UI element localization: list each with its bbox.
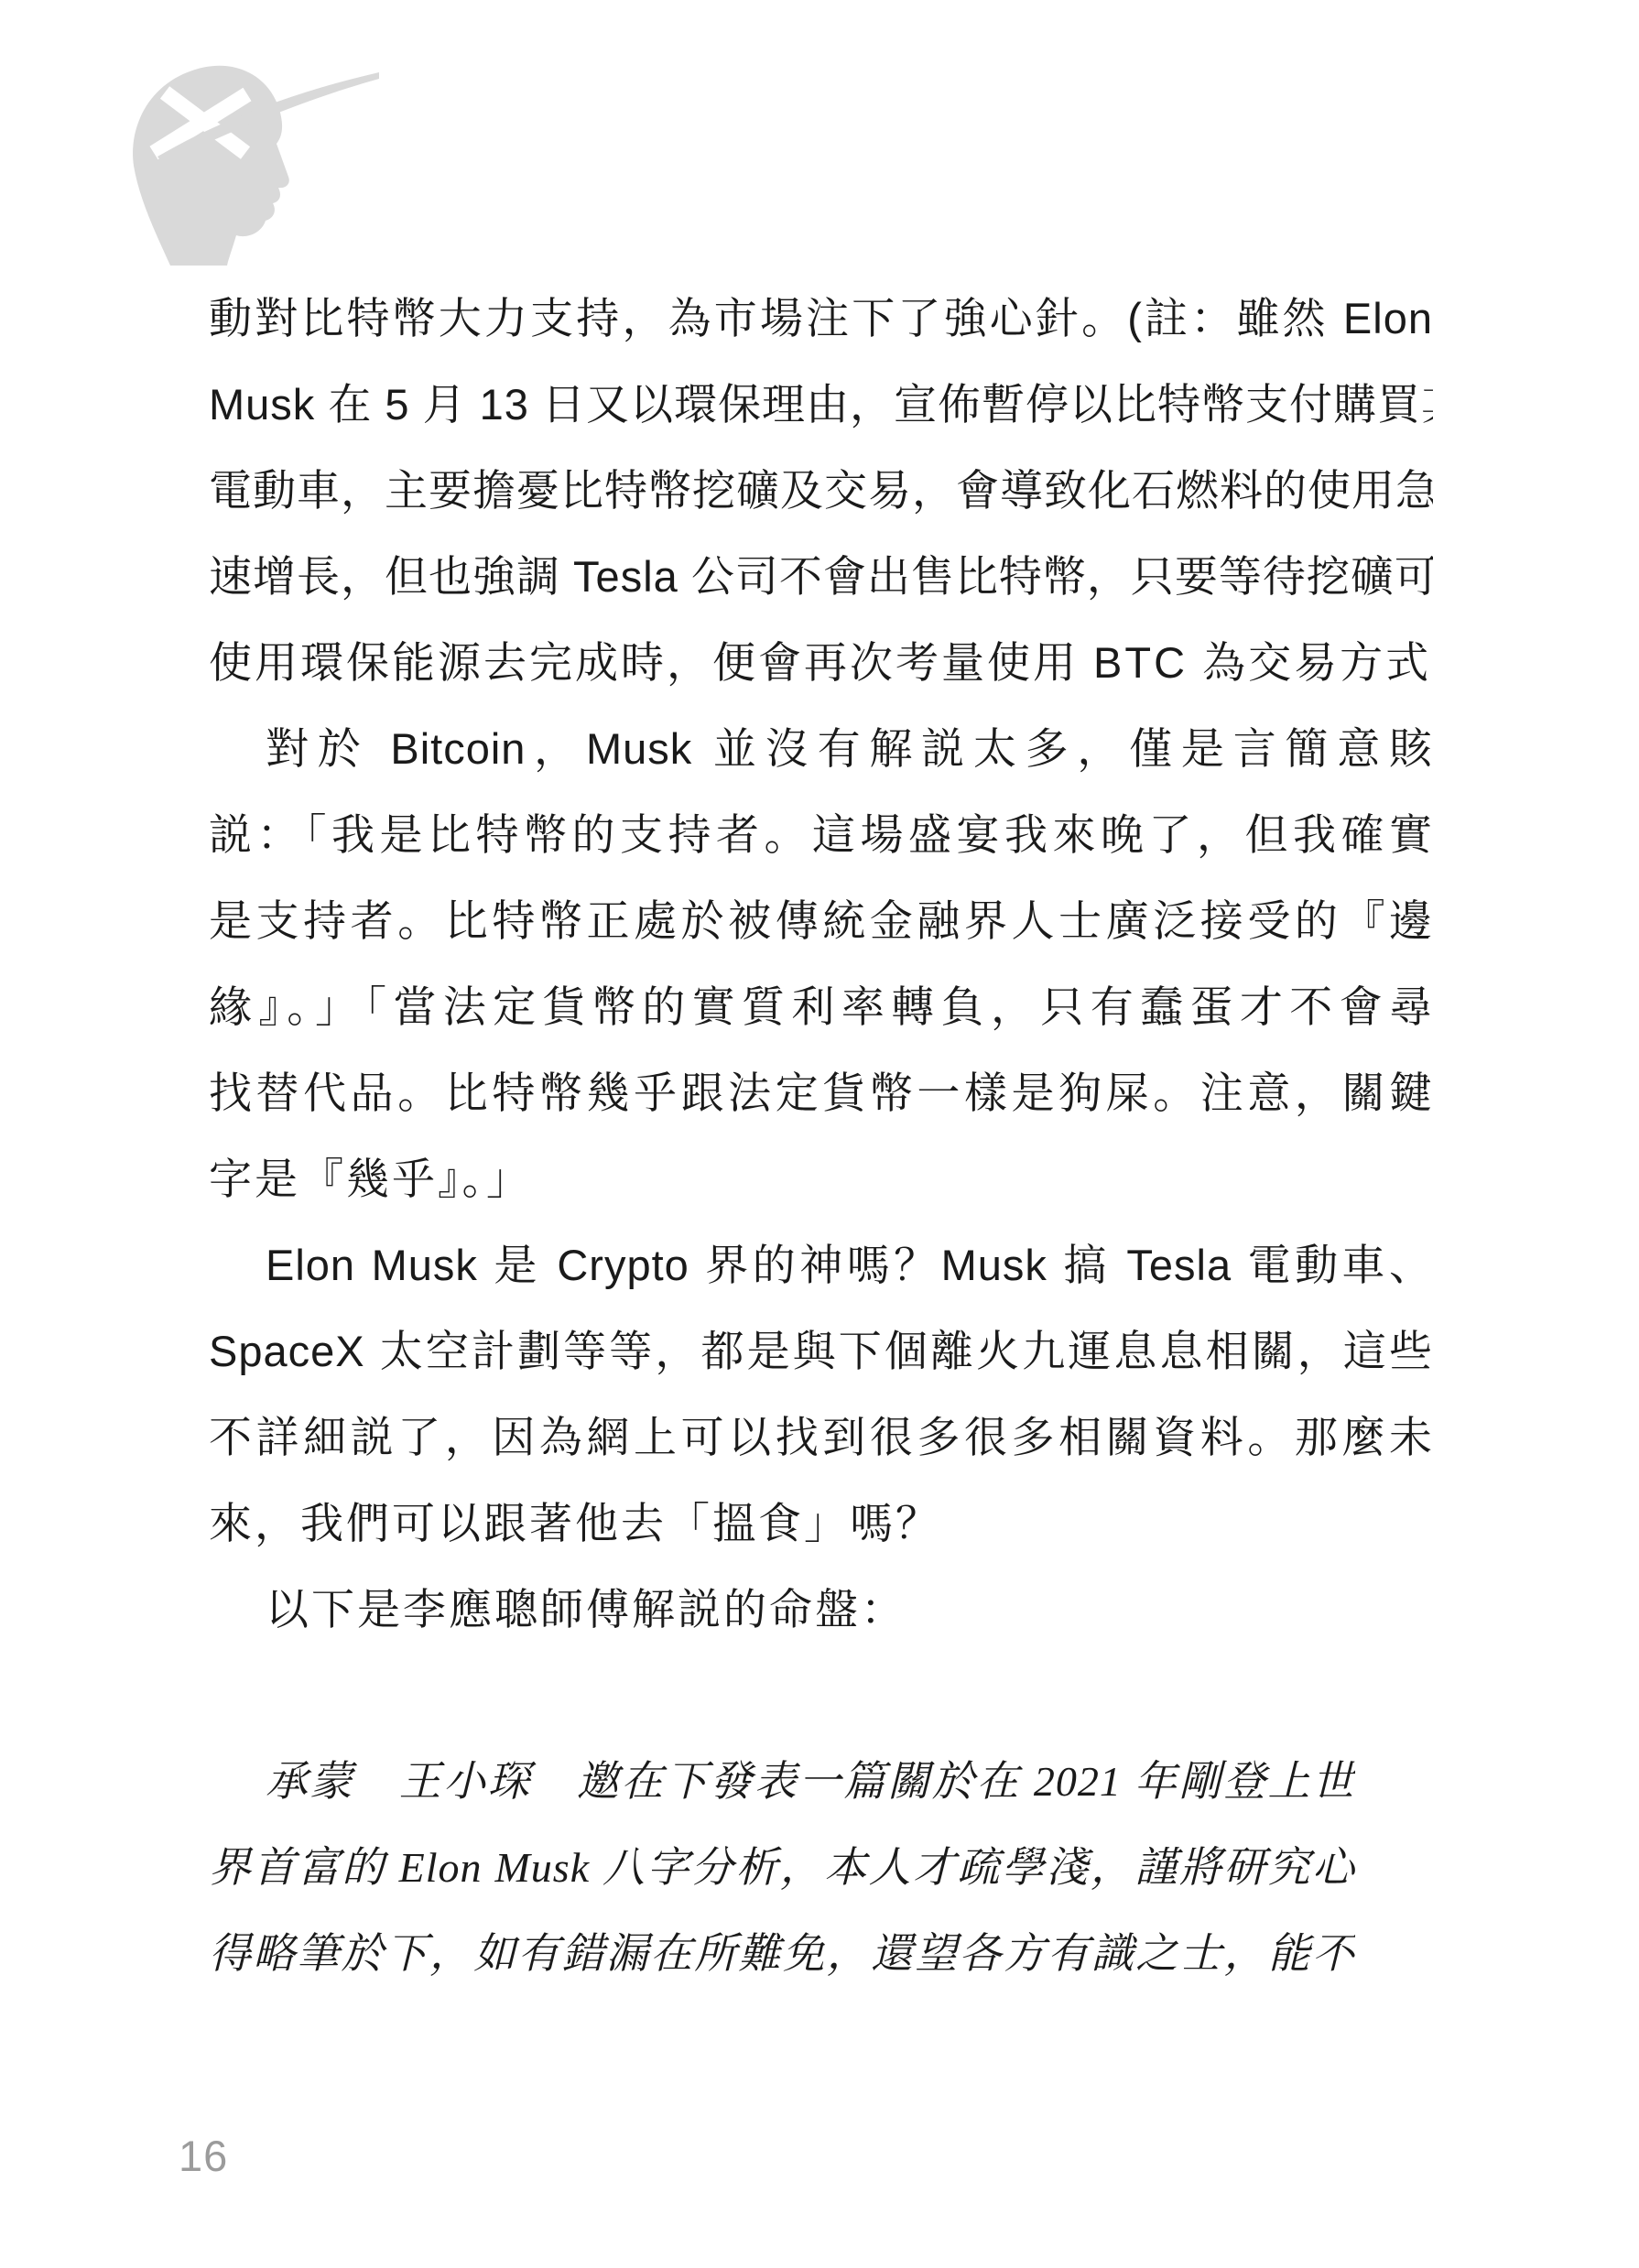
text-line: 是支持者。比特幣正處於被傳統金融界人士廣泛接受的『邊 (209, 878, 1433, 964)
text-line: 電動車，主要擔憂比特幣挖礦及交易，會導致化石燃料的使用急 (209, 448, 1433, 534)
paragraph-btc-note: 動對比特幣大力支持，為市場注下了強心針。(註：雖然 ElonMusk 在 5 月… (209, 276, 1433, 706)
head-silhouette (133, 66, 289, 266)
text-line: 界首富的 Elon Musk 八字分析，本人才疏學淺，謹將研究心 (209, 1825, 1355, 1911)
text-line: 緣』。」「當法定貨幣的實質利率轉負，只有蠢蛋才不會尋 (209, 964, 1433, 1050)
text-line: 説：「我是比特幣的支持者。這場盛宴我來晚了，但我確實 (209, 792, 1433, 878)
text-line: 承蒙 王小琛 邀在下發表一篇關於在 2021 年剛登上世 (209, 1739, 1355, 1825)
page-number: 16 (179, 2129, 228, 2184)
text-line: 得略筆於下，如有錯漏在所難免，還望各方有識之士，能不 (209, 1911, 1355, 1997)
text-line: 速增長，但也強調 Tesla 公司不會出售比特幣，只要等待挖礦可 (209, 534, 1433, 620)
text-line: 使用環保能源去完成時，便會再次考量使用 BTC 為交易方式。) (209, 620, 1433, 706)
text-line: 找替代品。比特幣幾乎跟法定貨幣一樣是狗屎。注意，關鍵 (209, 1050, 1433, 1136)
paragraph-musk-bitcoin-quote: 對於 Bitcoin，Musk 並沒有解説太多，僅是言簡意賅説：「我是比特幣的支… (209, 706, 1433, 1222)
paragraph-master-preface: 承蒙 王小琛 邀在下發表一篇關於在 2021 年剛登上世界首富的 Elon Mu… (209, 1739, 1433, 1997)
text-line: Elon Musk 是 Crypto 界的神嗎？Musk 搞 Tesla 電動車… (209, 1222, 1433, 1308)
text-line: SpaceX 太空計劃等等，都是與下個離火九運息息相關，這些 (209, 1308, 1433, 1394)
book-page: 動對比特幣大力支持，為市場注下了強心針。(註：雖然 ElonMusk 在 5 月… (0, 0, 1639, 2268)
text-line: Musk 在 5 月 13 日又以環保理由，宣佈暫停以比特幣支付購買其 (209, 362, 1433, 448)
text-line: 字是『幾乎』。」 (209, 1136, 1433, 1222)
paragraph-master-intro: 以下是李應聰師傅解説的命盤： (209, 1567, 1433, 1653)
text-line: 對於 Bitcoin，Musk 並沒有解説太多，僅是言簡意賅 (209, 706, 1433, 792)
text-line: 動對比特幣大力支持，為市場注下了強心針。(註：雖然 Elon (209, 276, 1433, 362)
text-line: 來，我們可以跟著他去「搵食」嗎？ (209, 1481, 1433, 1567)
text-line: 以下是李應聰師傅解説的命盤： (209, 1567, 1433, 1653)
paragraph-crypto-god: Elon Musk 是 Crypto 界的神嗎？Musk 搞 Tesla 電動車… (209, 1222, 1433, 1567)
musk-profile-x-watermark (108, 50, 383, 266)
text-content: 動對比特幣大力支持，為市場注下了強心針。(註：雖然 ElonMusk 在 5 月… (209, 276, 1433, 1997)
text-line: 不詳細説了，因為網上可以找到很多很多相關資料。那麼未 (209, 1394, 1433, 1481)
